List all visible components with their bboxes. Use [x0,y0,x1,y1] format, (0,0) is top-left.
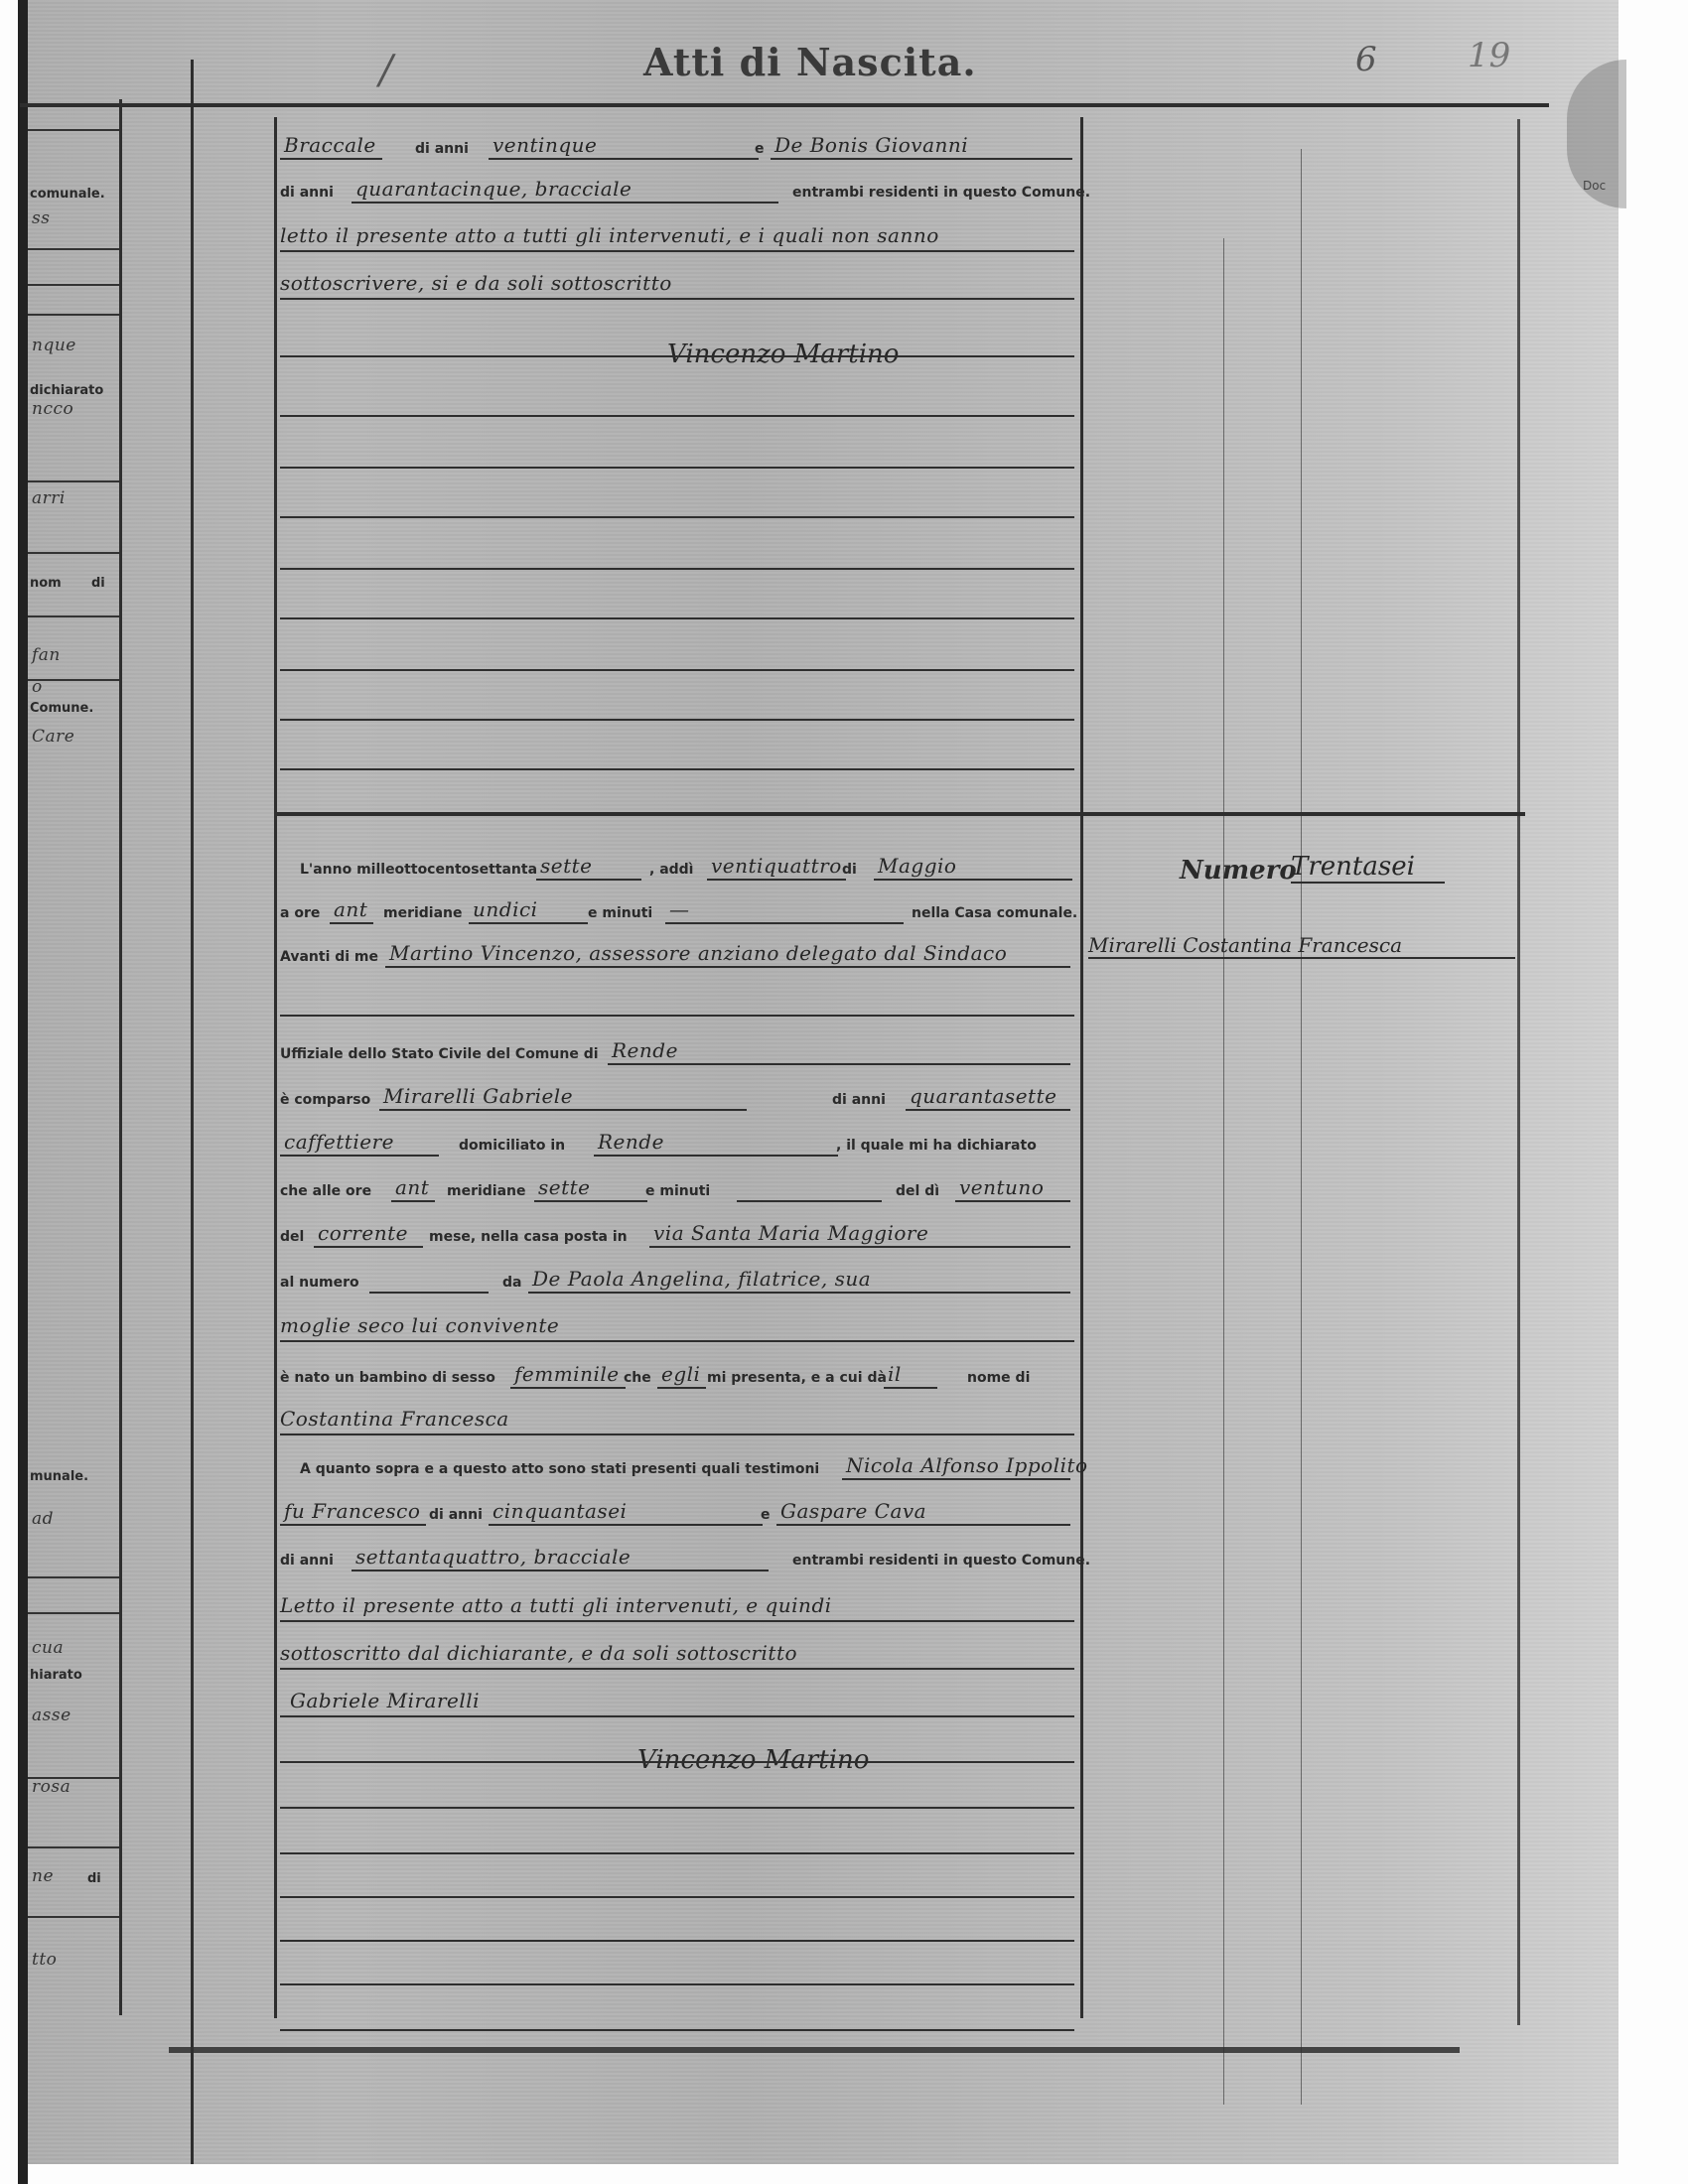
scan-edge-shadow [18,0,28,2184]
printed-label: meridiane [383,905,463,921]
printed-label: e [761,1507,771,1523]
stub-printed-text: di [87,1871,101,1886]
footer-rule [169,2047,1460,2053]
handwritten-field: quarantasette [906,1084,1070,1111]
handwritten-text: Gabriele Mirarelli [290,1689,480,1712]
ruled-line [280,768,1074,770]
ruled-line [280,250,1074,252]
form-row [280,1765,1074,1809]
stub-printed-text: nom [30,576,62,591]
header-rule [20,103,1549,107]
printed-label: Uffiziale dello Stato Civile del Comune … [280,1046,599,1062]
handwritten-field: sette [536,854,641,881]
handwritten-text: sottoscritto dal dichiarante, e da soli … [280,1641,797,1665]
stub-printed-text: munale. [30,1469,88,1484]
left-stub-column: comunale. ss nque dichiarato ncco arri n… [28,109,119,2015]
printed-label: mi presenta, e a cui dà [707,1370,887,1386]
form-row [280,1854,1074,1898]
ruled-line [280,467,1074,469]
form-row: Costantina Francesca [280,1392,1074,1435]
ruled-line [280,415,1074,417]
stub-rule [28,248,119,250]
margin-column-line [1223,238,1224,2105]
form-row: Avanti di me Martino Vincenzo, assessore… [280,927,1074,971]
form-row [280,373,1074,417]
stub-border [119,99,122,2015]
stub-rule [28,284,119,286]
page-mark: 6 [1355,40,1377,79]
stub-rule [28,552,119,554]
handwritten-field: ant [330,897,373,924]
printed-label: del dì [896,1183,939,1199]
handwritten-field: Maggio [874,854,1072,881]
form-row [280,727,1074,770]
ruled-line [280,2029,1074,2031]
handwritten-field: settantaquattro, bracciale [352,1545,769,1571]
act-number-label: Numero [1180,856,1297,886]
stub-rule [28,1846,119,1848]
handwritten-field [369,1271,489,1294]
printed-label: nome di [967,1370,1030,1386]
form-row [280,627,1074,671]
ruled-line [280,355,1074,357]
fold-mark: / [379,48,392,93]
handwritten-field: cinquantasei [489,1499,763,1526]
stub-printed-text: Comune. [30,701,93,716]
printed-label: nella Casa comunale. [912,905,1077,921]
printed-label: A quanto sopra e a questo atto sono stat… [300,1461,819,1477]
form-right-border [1080,117,1083,2018]
handwritten-text: sottoscrivere, si e da soli sottoscritto [280,271,672,295]
printed-label: e minuti [645,1183,710,1199]
ruled-line [280,1807,1074,1809]
handwritten-field: via Santa Maria Maggiore [649,1221,1070,1248]
form-row [280,973,1074,1017]
stub-rule [28,679,119,681]
stub-printed-text: dichiarato [30,383,103,398]
form-row: Uffiziale dello Stato Civile del Comune … [280,1024,1074,1068]
signature: Vincenzo Martino [667,340,899,369]
stub-rule [28,314,119,316]
printed-label: di anni [415,141,469,157]
handwritten-field: De Bonis Giovanni [771,133,1072,160]
stub-rule [28,129,119,131]
form-left-border [274,117,277,2018]
form-row [280,1811,1074,1854]
stub-rule [28,1576,119,1578]
form-row: di anni quarantacinque, bracciale entram… [280,163,1074,206]
page-title: Atti di Nascita. [643,40,977,84]
handwritten-text: Letto il presente atto a tutti gli inter… [280,1593,832,1617]
form-row: fu Francesco di anni cinquantasei e Gasp… [280,1485,1074,1529]
handwritten-field: undici [469,897,588,924]
handwritten-field: ventinque [489,133,759,160]
form-row: è nato un bambino di sesso femminile che… [280,1348,1074,1392]
handwritten-field: Nicola Alfonso Ippolito [842,1453,1070,1480]
form-row: caffettiere domiciliato in Rende , il qu… [280,1116,1074,1160]
stub-rule [28,480,119,482]
act-separator [274,812,1525,816]
form-row: Vincenzo Martino [280,314,1074,357]
printed-label: del [280,1229,304,1245]
form-row: a ore ant meridiane undici e minuti — ne… [280,884,1074,927]
printed-label: meridiane [447,1183,526,1199]
ruled-line [280,1433,1074,1435]
ruled-line [280,617,1074,619]
handwritten-field: corrente [314,1221,423,1248]
printed-label: e [755,141,765,157]
handwritten-field: ant [391,1175,435,1202]
handwritten-field: ventuno [955,1175,1070,1202]
printed-label: e minuti [588,905,652,921]
stamp-text: Doc [1583,179,1606,193]
form-row: letto il presente atto a tutti gli inter… [280,208,1074,252]
handwritten-field: — [665,897,904,924]
printed-label: di anni [832,1092,886,1108]
handwritten-field: ventiquattro [707,854,846,881]
handwritten-text: moglie seco lui convivente [280,1313,559,1337]
form-row: L'anno milleottocentosettanta sette , ad… [280,840,1074,884]
form-row: di anni settantaquattro, bracciale entra… [280,1531,1074,1574]
form-row [280,1898,1074,1942]
printed-label: al numero [280,1275,359,1291]
handwritten-field: il [884,1362,937,1389]
form-row: sottoscrivere, si e da soli sottoscritto [280,256,1074,300]
handwritten-field: Gaspare Cava [776,1499,1070,1526]
form-row: Letto il presente atto a tutti gli inter… [280,1578,1074,1622]
stub-rule [28,1916,119,1918]
form-row: moglie seco lui convivente [280,1298,1074,1342]
printed-label: che [624,1370,651,1386]
printed-label: , il quale mi ha dichiarato [836,1138,1037,1154]
form-row [280,677,1074,721]
form-row [280,425,1074,469]
ruled-line [280,1340,1074,1342]
form-row: A quanto sopra e a questo atto sono stat… [280,1439,1074,1483]
ruled-line [280,1620,1074,1622]
handwritten-text: letto il presente atto a tutti gli inter… [280,223,939,247]
gutter-line [191,60,194,2164]
stub-printed-text: di [91,576,105,591]
handwritten-field: egli [657,1362,706,1389]
handwritten-field: Mirarelli Gabriele [379,1084,747,1111]
page-mark: 19 [1468,36,1510,75]
handwritten-field: De Paola Angelina, filatrice, sua [528,1267,1070,1294]
ruled-line [280,1668,1074,1670]
handwritten-field: fu Francesco [280,1499,426,1526]
printed-label: di anni [280,185,334,201]
ruled-line [280,1983,1074,1985]
stub-rule [28,615,119,617]
form-row [280,526,1074,570]
handwritten-field: sette [534,1175,647,1202]
form-row: è comparso Mirarelli Gabriele di anni qu… [280,1070,1074,1114]
form-row [280,576,1074,619]
printed-label: di anni [429,1507,483,1523]
form-row [280,1987,1074,2031]
form-row: Gabriele Mirarelli [280,1674,1074,1717]
printed-label: entrambi residenti in questo Comune. [792,1553,1090,1569]
printed-label: è nato un bambino di sesso [280,1370,495,1386]
form-row: al numero da De Paola Angelina, filatric… [280,1253,1074,1297]
form-row: Braccale di anni ventinque e De Bonis Gi… [280,119,1074,163]
handwritten-text: Costantina Francesca [280,1407,509,1431]
form-row: che alle ore ant meridiane sette e minut… [280,1161,1074,1205]
stub-printed-text: hiarato [30,1668,82,1683]
form-row [280,1942,1074,1985]
stub-printed-text: comunale. [30,187,105,202]
printed-label: entrambi residenti in questo Comune. [792,185,1090,201]
printed-label: domiciliato in [459,1138,565,1154]
printed-label: a ore [280,905,320,921]
form-row: Vincenzo Martino [280,1719,1074,1763]
handwritten-field: Martino Vincenzo, assessore anziano dele… [385,941,1070,968]
ruled-line [280,516,1074,518]
act-number-value: Trentasei [1291,852,1445,884]
handwritten-field: Braccale [280,133,382,160]
form-row [280,475,1074,518]
printed-label: da [502,1275,521,1291]
margin-column-line [1301,149,1302,2105]
handwritten-field: Rende [594,1130,838,1157]
margin-right-border [1517,119,1520,2025]
ruled-line [280,1715,1074,1717]
printed-label: mese, nella casa posta in [429,1229,628,1245]
ruled-line [280,1761,1074,1763]
printed-label: , addì [649,862,693,878]
handwritten-field: femminile [510,1362,626,1389]
stub-handwriting: tto [32,1950,57,2010]
ruled-line [280,1015,1074,1017]
form-row: del corrente mese, nella casa posta in v… [280,1207,1074,1251]
form-row: sottoscritto dal dichiarante, e da soli … [280,1626,1074,1670]
handwritten-field: quarantacinque, bracciale [352,177,778,204]
printed-label: che alle ore [280,1183,371,1199]
margin-name-note: Mirarelli Costantina Francesca [1088,933,1515,959]
ruled-line [280,719,1074,721]
handwritten-field: Rende [608,1038,1070,1065]
printed-label: Avanti di me [280,949,378,965]
ruled-line [280,568,1074,570]
stub-rule [28,1612,119,1614]
ruled-line [280,298,1074,300]
printed-label: di [842,862,857,878]
ruled-line [280,669,1074,671]
printed-label: L'anno milleottocentosettanta [300,862,537,878]
printed-label: è comparso [280,1092,370,1108]
printed-label: di anni [280,1553,334,1569]
handwritten-field: caffettiere [280,1130,439,1157]
handwritten-field [737,1179,882,1202]
